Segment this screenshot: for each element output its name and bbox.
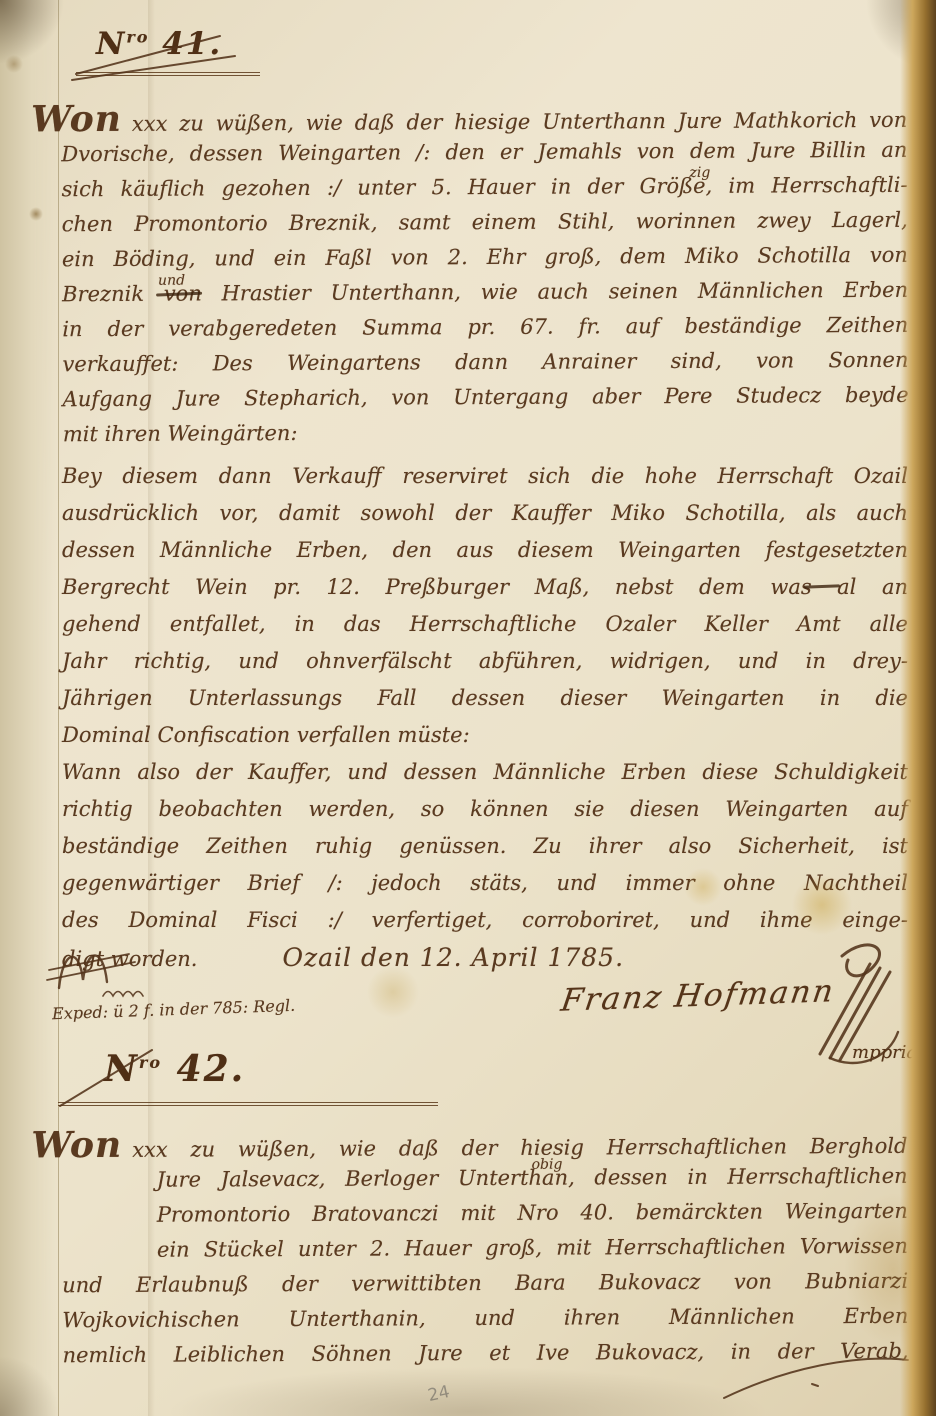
manuscript-line: Dvorische, dessen Weingarten /: den er J… <box>61 133 907 172</box>
manuscript-line: Breznik von Hrastier Unterthann, wie auc… <box>62 273 908 312</box>
manuscript-line: Wojkovichischen Unterthanin, und ihren M… <box>62 1299 908 1338</box>
manuscript-line: Bey diesem dann Verkauff reserviret sich… <box>62 458 908 495</box>
manuscript-line: ein Stückel unter 2. Hauer groß, mit Her… <box>62 1229 908 1268</box>
manuscript-line: chen Promontorio Breznik, samt einem Sti… <box>62 203 908 242</box>
bottom-flourish-icon <box>716 1340 916 1410</box>
entry-41-strike-icon <box>70 22 270 82</box>
manuscript-line: Wann also der Kauffer, und dessen Männli… <box>62 754 908 791</box>
manuscript-page: Nro 41. Wonxxx zu wüßen, wie daß der hie… <box>0 0 936 1416</box>
manuscript-line: des Dominal Fisci :/ verfertiget, corrob… <box>62 902 908 939</box>
manuscript-line: gegenwärtiger Brief /: jedoch stäts, und… <box>62 865 908 902</box>
entry-42-paragraph: Wonxxx zu wüßen, wie daß der hiesig Herr… <box>61 1124 908 1373</box>
manuscript-line: dessen Männliche Erben, den aus diesem W… <box>62 532 908 569</box>
manuscript-line: gehend entfallet, in das Herrschaftliche… <box>62 606 908 643</box>
manuscript-line: Jure Jalsevacz, Berloger Unterthan, dess… <box>62 1159 908 1198</box>
manuscript-line: verkauffet: Des Weingartens dann Anraine… <box>62 343 908 382</box>
manuscript-line: Jahr richtig, und ohnverfälscht abführen… <box>62 643 908 680</box>
line-text: xxx zu wüßen, wie daß der hiesige Untert… <box>132 108 907 136</box>
paragraph-initial: Won <box>31 98 122 140</box>
insertion-note: obig <box>531 1148 562 1183</box>
manuscript-line: in der verabgeredeten Summa pr. 67. fr. … <box>62 308 908 347</box>
line-text: sich käuflich gezohen :/ unter 5. Hauer … <box>61 173 907 201</box>
entry-41-paragraph-1: Wonxxx zu wüßen, wie daß der hiesige Unt… <box>61 98 909 452</box>
manuscript-line: Wonxxx zu wüßen, wie daß der hiesige Unt… <box>61 98 907 137</box>
entry-41-paragraph-2: Bey diesem dann Verkauff reserviret sich… <box>62 458 908 754</box>
line-text: Bergrecht Wein pr. 12. Preßburger Maß, n… <box>62 575 908 599</box>
manuscript-line: richtig beobachten werden, so können sie… <box>62 791 908 828</box>
manuscript-line: Promontorio Bratovanczi mit Nro 40. bemä… <box>62 1194 908 1233</box>
manuscript-line: sich käuflich gezohen :/ unter 5. Hauer … <box>61 168 907 207</box>
manuscript-line: ein Böding, und ein Faßl von 2. Ehr groß… <box>62 238 908 277</box>
manuscript-line: Wonxxx zu wüßen, wie daß der hiesig Herr… <box>61 1124 907 1163</box>
entry-42-strike-icon <box>56 1042 216 1112</box>
manuscript-line: Aufgang Jure Stepharich, von Untergang a… <box>63 378 909 417</box>
book-binding-edge <box>900 0 936 1416</box>
manuscript-line: beständige Zeithen ruhig genüssen. Zu ih… <box>62 828 908 865</box>
manuscript-line: Dominal Confiscation verfallen müste: <box>62 717 908 754</box>
page-left-edge <box>0 0 59 1416</box>
manuscript-line: ausdrücklich vor, damit sowohl der Kauff… <box>62 495 908 532</box>
manuscript-line: mit ihren Weingärten: <box>63 413 909 452</box>
paragraph-initial: Won <box>31 1124 122 1166</box>
insertion-note: zig <box>689 156 710 191</box>
line-text: xxx zu wüßen, wie daß der hiesig Herrsch… <box>132 1134 907 1162</box>
dateline: Ozail den 12. April 1785. <box>282 939 624 976</box>
manuscript-line: Jährigen Unterlassungs Fall dessen diese… <box>62 680 908 717</box>
margin-flourish-icon <box>45 936 165 1002</box>
pencil-folio-number: 24 <box>426 1382 451 1406</box>
manuscript-line: Bergrecht Wein pr. 12. Preßburger Maß, n… <box>62 569 908 606</box>
manuscript-line: und Erlaubnuß der verwittibten Bara Buko… <box>62 1264 908 1303</box>
